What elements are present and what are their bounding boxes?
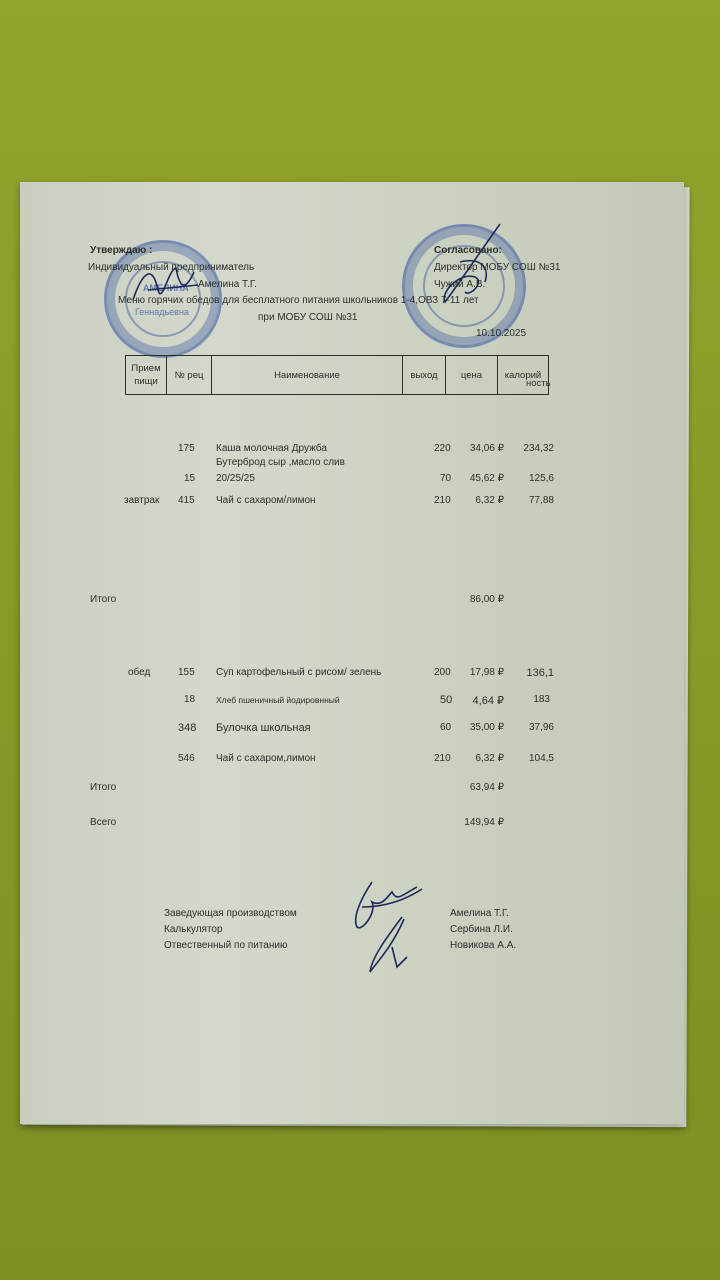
breakfast-total-label: Итого bbox=[90, 594, 116, 605]
recipe-number: 415 bbox=[178, 495, 195, 506]
dish-price: 6,32 ₽ bbox=[454, 753, 504, 764]
dish-calories: 183 bbox=[510, 694, 550, 705]
grand-total-value: 149,94 ₽ bbox=[454, 817, 504, 828]
dish-name: Бутерброд сыр ,масло слив bbox=[216, 457, 345, 468]
agreer-name: Чужий А.В. bbox=[434, 279, 485, 290]
signature-role: Отвественный по питанию bbox=[164, 940, 287, 951]
dish-yield: 50 bbox=[440, 694, 452, 706]
document-date: 10.10.2025 bbox=[476, 328, 526, 339]
recipe-number: 175 bbox=[178, 443, 195, 454]
signature-name: Сербина Л.И. bbox=[450, 924, 513, 935]
dish-yield: 70 bbox=[440, 473, 451, 484]
dish-name-line2: 20/25/25 bbox=[216, 473, 255, 484]
approver-title: Индивидуальный предприниматель bbox=[88, 262, 254, 273]
approved-label: Утверждаю : bbox=[90, 245, 152, 256]
dish-price: 6,32 ₽ bbox=[454, 495, 504, 506]
document-page: АМЕЛИНА Геннадьевна Утверждаю : Индивиду… bbox=[20, 182, 684, 1124]
dish-price: 45,62 ₽ bbox=[454, 473, 504, 484]
dish-yield: 210 bbox=[434, 495, 451, 506]
recipe-number: 546 bbox=[178, 753, 195, 764]
dish-calories: 136,1 bbox=[510, 667, 554, 679]
meal-label: обед bbox=[128, 667, 150, 678]
dish-yield: 220 bbox=[434, 443, 451, 454]
dish-price: 4,64 ₽ bbox=[454, 694, 504, 707]
dish-name: Чай с сахаром/лимон bbox=[216, 495, 316, 506]
document-title-line1: Меню горячих обедов для бесплатного пита… bbox=[118, 295, 479, 306]
col-calories-line2: ность bbox=[526, 378, 551, 389]
col-price: цена bbox=[446, 356, 498, 395]
dish-calories: 77,88 bbox=[510, 495, 554, 506]
lunch-total-label: Итого bbox=[90, 782, 116, 793]
signature-role: Калькулятор bbox=[164, 924, 223, 935]
dish-yield: 200 bbox=[434, 667, 451, 678]
dish-name: Булочка школьная bbox=[216, 722, 311, 734]
signature-role: Заведующая производством bbox=[164, 908, 297, 919]
agreed-label: Согласовано: bbox=[434, 245, 502, 256]
col-meal: Приемпищи bbox=[126, 356, 167, 395]
grand-total-label: Всего bbox=[90, 817, 116, 828]
col-yield: выход bbox=[403, 356, 446, 395]
col-name: Наименование bbox=[212, 356, 403, 395]
document-title-line2: при МОБУ СОШ №31 bbox=[258, 312, 358, 323]
dish-name: Чай с сахаром,лимон bbox=[216, 753, 316, 764]
dish-price: 35,00 ₽ bbox=[454, 722, 504, 733]
dish-yield: 210 bbox=[434, 753, 451, 764]
dish-name: Хлеб пшеничный йодировнный bbox=[216, 695, 340, 705]
recipe-number: 155 bbox=[178, 667, 195, 678]
dish-calories: 37,96 bbox=[510, 722, 554, 733]
dish-price: 17,98 ₽ bbox=[454, 667, 504, 678]
col-recipe: № рец bbox=[167, 356, 212, 395]
menu-table-header: Приемпищи № рец Наименование выход цена … bbox=[125, 355, 549, 395]
dish-calories: 125,6 bbox=[510, 473, 554, 484]
dish-name: Каша молочная Дружба bbox=[216, 443, 327, 454]
dish-name: Суп картофельный с рисом/ зелень bbox=[216, 667, 381, 678]
lunch-total-value: 63,94 ₽ bbox=[454, 782, 504, 793]
signature-name: Новикова А.А. bbox=[450, 940, 516, 951]
recipe-number: 348 bbox=[178, 722, 196, 734]
dish-yield: 60 bbox=[440, 722, 451, 733]
signature-handwritten-icon bbox=[342, 877, 432, 977]
dish-calories: 234,32 bbox=[510, 443, 554, 454]
meal-label: завтрак bbox=[124, 495, 162, 506]
recipe-number: 15 bbox=[184, 473, 195, 484]
dish-price: 34,06 ₽ bbox=[454, 443, 504, 454]
breakfast-total-value: 86,00 ₽ bbox=[454, 594, 504, 605]
dish-calories: 104,5 bbox=[510, 753, 554, 764]
agreer-title: Директор МОБУ СОШ №31 bbox=[434, 262, 560, 273]
signature-name: Амелина Т.Г. bbox=[450, 908, 509, 919]
recipe-number: 18 bbox=[184, 694, 195, 705]
approver-name: Амелина Т.Г. bbox=[198, 279, 257, 290]
